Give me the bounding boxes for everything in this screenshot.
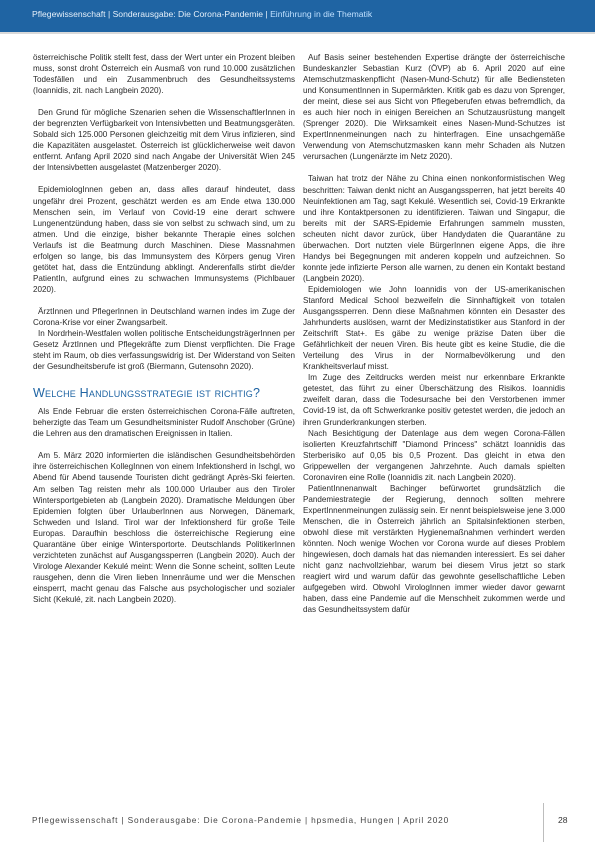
paragraph: Auf Basis seiner bestehenden Expertise d… [303, 52, 565, 162]
paragraph: PatientInnenanwalt Bachinger befürwortet… [303, 483, 565, 616]
paragraph: Nach Besichtigung der Datenlage aus dem … [303, 428, 565, 483]
page-number: 28 [558, 815, 568, 825]
paragraph: Taiwan hat trotz der Nähe zu China einen… [303, 173, 565, 283]
paragraph: Den Grund für mögliche Szenarien sehen d… [33, 107, 295, 173]
paragraph: Im Zuge des Zeitdrucks werden meist nur … [303, 372, 565, 427]
paragraph: Am 5. März 2020 informierten die isländi… [33, 450, 295, 605]
header-publication: Pflegewissenschaft | Sonderausgabe: Die … [32, 9, 270, 19]
paragraph: EpidemiologInnen geben an, dass alles da… [33, 184, 295, 294]
paragraph: österreichische Politik stellt fest, das… [33, 52, 295, 96]
running-header: Pflegewissenschaft | Sonderausgabe: Die … [0, 0, 595, 34]
paragraph: Als Ende Februar die ersten österreichis… [33, 406, 295, 439]
paragraph: ÄrztInnen und PflegerInnen in Deutschlan… [33, 306, 295, 328]
paragraph: In Nordrhein-Westfalen wollen politische… [33, 328, 295, 372]
paragraph: Epidemiologen wie John Ioannidis von der… [303, 284, 565, 372]
right-column: Auf Basis seiner bestehenden Expertise d… [303, 52, 565, 615]
footer-divider [543, 803, 544, 842]
header-text: Pflegewissenschaft | Sonderausgabe: Die … [32, 9, 372, 19]
section-heading: Welche Handlungsstrategie ist richtig? [33, 386, 295, 400]
running-footer: Pflegewissenschaft | Sonderausgabe: Die … [32, 815, 449, 825]
left-column: österreichische Politik stellt fest, das… [33, 52, 295, 616]
header-section: Einführung in die Thematik [270, 9, 372, 19]
